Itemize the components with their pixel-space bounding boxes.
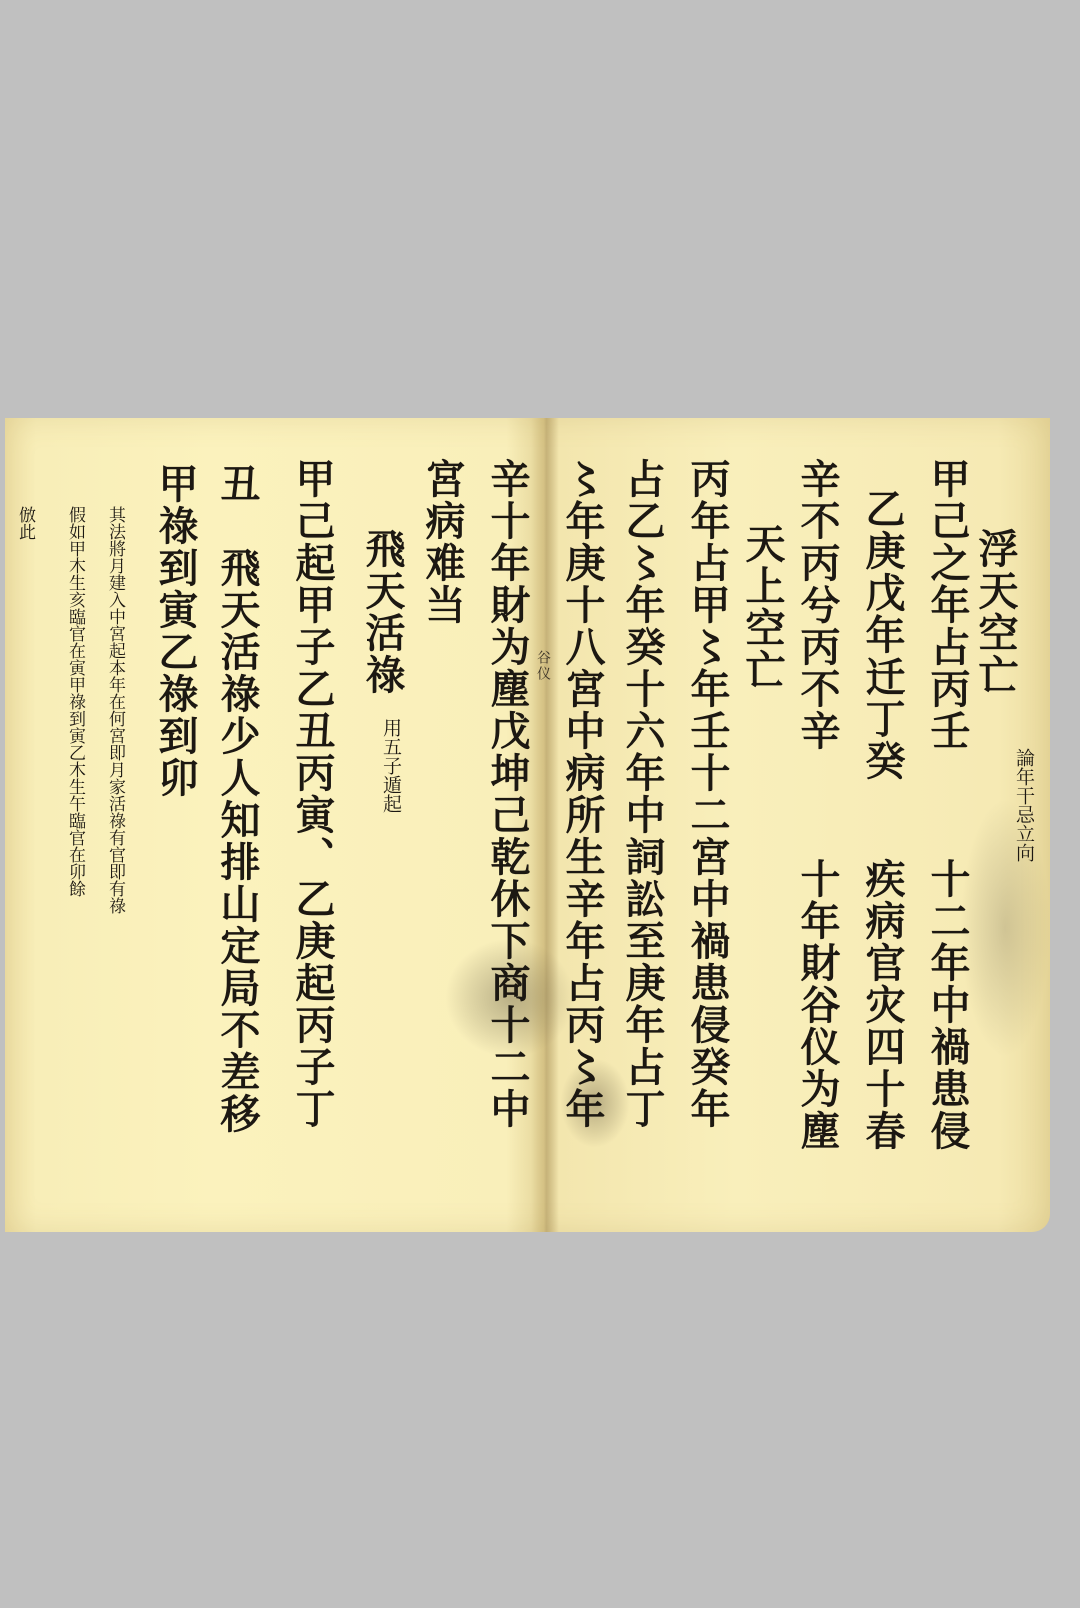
verse-column-2-top: 乙庚戊年迁丁癸 [860, 488, 904, 782]
verse-column-2-bottom: 疾病官灾四十春 [860, 858, 904, 1152]
verse-column-3-bottom: 十年財谷仪为塵 [795, 858, 839, 1152]
right-page-title: 浮天空亡 [973, 528, 1017, 696]
verse-column-4: 甲己起甲子乙丑丙寅、乙庚起丙子丁 [290, 458, 334, 1130]
commentary-column-3: 倣此 [15, 506, 35, 540]
subheading-tianshang-kongwang: 天上空亡 [740, 523, 784, 691]
book-spread: 浮天空亡 論年干忌立向 甲己之年占丙壬 十二年中禍患侵 乙庚戊年迁丁癸 疾病官灾… [5, 418, 1050, 1232]
body-column-4: 辛十年財为塵戊坤己乾休下商十二中 [485, 458, 529, 1130]
body-column-2: 占乙〻年癸十六年中詞訟至庚年占丁 [620, 458, 664, 1130]
right-page-side-note: 論年干忌立向 [1013, 748, 1035, 862]
book-gutter [531, 418, 559, 1232]
body-column-3: 〻年庚十八宮中病所生辛年占丙〻年 [560, 458, 604, 1130]
verse-column-1-bottom: 十二年中禍患侵 [925, 858, 969, 1152]
commentary-column-2: 假如甲木生亥臨官在寅甲祿到寅乙木生午臨官在卯餘 [65, 506, 85, 897]
commentary-column-1: 其法將月建入中宮起本年在何宮即月家活祿有官即有祿 [105, 506, 125, 914]
interlinear-note: 谷仪 [535, 650, 551, 682]
verse-column-6: 甲祿到寅乙祿到卯 [153, 463, 197, 799]
body-column-1: 丙年占甲〻年壬十二宮中禍患侵癸年 [685, 458, 729, 1130]
verse-column-5: 丑 飛天活祿少人知排山定局不差移 [215, 463, 259, 1135]
edge-stain [960, 798, 1050, 1058]
verse-column-1-top: 甲己之年占丙壬 [925, 458, 969, 752]
body-column-5: 宮病难当 [420, 458, 464, 626]
verse-column-3-top: 辛不丙兮丙不辛 [795, 458, 839, 752]
heading-feitian-huolu: 飛天活祿 [360, 528, 404, 696]
heading-note: 用五子遁起 [380, 718, 402, 813]
